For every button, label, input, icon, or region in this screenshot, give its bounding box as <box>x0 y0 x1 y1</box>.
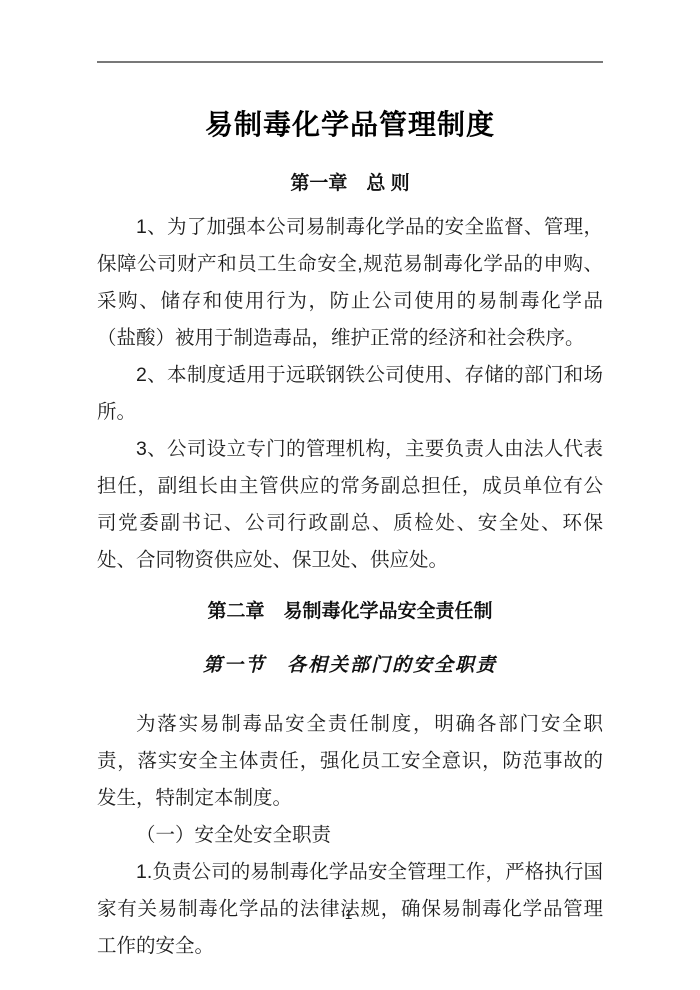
section-1-body: 为落实易制毒品安全责任制度，明确各部门安全职责，落实安全主体责任，强化员工安全意… <box>97 706 603 965</box>
page-number: · 1 · <box>0 906 700 922</box>
header-divider-line <box>97 61 603 63</box>
paragraph-5-subitem-heading: （一）安全处安全职责 <box>97 817 603 854</box>
chapter-1-body: 1、为了加强本公司易制毒化学品的安全监督、管理，保障公司财产和员工生命安全,规范… <box>97 209 603 579</box>
paragraph-4: 为落实易制毒品安全责任制度，明确各部门安全职责，落实安全主体责任，强化员工安全意… <box>97 706 603 817</box>
section-1-heading: 第一节 各相关部门的安全职责 <box>97 653 603 679</box>
paragraph-1: 1、为了加强本公司易制毒化学品的安全监督、管理，保障公司财产和员工生命安全,规范… <box>97 209 603 357</box>
chapter-1-heading: 第一章 总 则 <box>97 171 603 197</box>
paragraph-3: 3、公司设立专门的管理机构，主要负责人由法人代表担任，副组长由主管供应的常务副总… <box>97 431 603 579</box>
document-page: 易制毒化学品管理制度 第一章 总 则 1、为了加强本公司易制毒化学品的安全监督、… <box>0 0 700 990</box>
paragraph-2: 2、本制度适用于远联钢铁公司使用、存储的部门和场所。 <box>97 357 603 431</box>
document-title: 易制毒化学品管理制度 <box>97 105 603 145</box>
chapter-2-heading: 第二章 易制毒化学品安全责任制 <box>97 599 603 625</box>
